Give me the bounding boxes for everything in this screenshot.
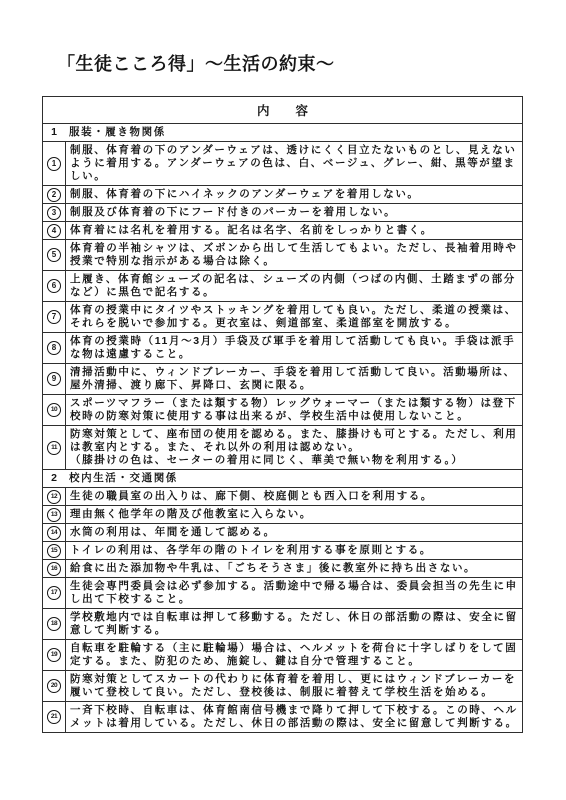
circled-number: 16 (47, 562, 61, 576)
item-number-cell: 14 (43, 524, 66, 541)
table-row: 4体育着には名札を着用する。記名は名字、名前をしっかりと書く。 (43, 222, 522, 240)
item-number-cell: 16 (43, 560, 66, 577)
item-text: 理由無く他学年の階及び他教室に入らない。 (66, 506, 522, 523)
table-header-label: 内容 (231, 101, 334, 119)
item-text: 防寒対策としてスカートの代わりに体育着を着用し、更にはウィンドブレーカーを履いて… (66, 671, 522, 701)
section-title: 服装・履き物関係 (65, 124, 522, 141)
item-number-cell: 18 (43, 609, 66, 639)
section-number: 1 (43, 124, 65, 141)
item-text: 清掃活動中に、ウィンドブレーカー、手袋を着用して活動して良い。活動場所は、屋外清… (66, 364, 522, 394)
table-row: 1制服、体育着の下のアンダーウェアは、透けにくく目立たないものとし、見えないよう… (43, 142, 522, 186)
circled-number: 15 (47, 544, 61, 558)
item-text: 防寒対策として、座布団の使用を認める。また、膝掛けも可とする。ただし、利用は教室… (66, 426, 522, 469)
circled-number: 19 (47, 648, 61, 662)
circled-number: 5 (47, 248, 61, 262)
item-number-cell: 5 (43, 240, 66, 270)
item-number-cell: 7 (43, 302, 66, 332)
section-title: 校内生活・交通関係 (65, 470, 522, 487)
table-row: 21一斉下校時、自転車は、体育館南信号機まで降りて押して下校する。この時、ヘルメ… (43, 702, 522, 732)
table-row: 1服装・履き物関係 (43, 124, 522, 142)
item-text: 制服、体育着の下のアンダーウェアは、透けにくく目立たないものとし、見えないように… (66, 142, 522, 185)
item-number-cell: 8 (43, 333, 66, 363)
item-text: 体育の授業中にタイツやストッキングを着用しても良い。ただし、柔道の授業は、それら… (66, 302, 522, 332)
table-row: 13理由無く他学年の階及び他教室に入らない。 (43, 506, 522, 524)
item-text: 学校敷地内では自転車は押して移動する。ただし、休日の部活動の際は、安全に留意して… (66, 609, 522, 639)
item-number-cell: 12 (43, 488, 66, 505)
item-text: 制服、体育着の下にハイネックのアンダーウェアを着用しない。 (66, 186, 522, 203)
circled-number: 6 (47, 279, 61, 293)
item-number-cell: 13 (43, 506, 66, 523)
item-text: 生徒会専門委員会は必ず参加する。活動途中で帰る場合は、委員会担当の先生に申し出て… (66, 578, 522, 608)
table-row: 20防寒対策としてスカートの代わりに体育着を着用し、更にはウィンドブレーカーを履… (43, 671, 522, 702)
table-header: 内容 (43, 97, 522, 124)
item-number-cell: 6 (43, 271, 66, 301)
item-number-cell: 1 (43, 142, 66, 185)
item-number-cell: 15 (43, 542, 66, 559)
circled-number: 21 (47, 710, 61, 724)
item-text: 体育着には名札を着用する。記名は名字、名前をしっかりと書く。 (66, 222, 522, 239)
table-row: 2制服、体育着の下にハイネックのアンダーウェアを着用しない。 (43, 186, 522, 204)
document-page: 「生徒こころ得」～生活の約束～ 内容 1服装・履き物関係1制服、体育着の下のアン… (0, 0, 566, 800)
table-row: 8体育の授業時（11月～3月）手袋及び軍手を着用して活動しても良い。手袋は派手な… (43, 333, 522, 364)
table-row: 5体育着の半袖シャツは、ズボンから出して生活してもよい。ただし、長袖着用時や授業… (43, 240, 522, 271)
table-row: 7体育の授業中にタイツやストッキングを着用しても良い。ただし、柔道の授業は、それ… (43, 302, 522, 333)
item-text: 水筒の利用は、年間を通して認める。 (66, 524, 522, 541)
table-row: 10スポーツマフラー（または類する物）レッグウォーマー（または類する物）は登下校… (43, 395, 522, 426)
circled-number: 14 (47, 526, 61, 540)
circled-number: 12 (47, 490, 61, 504)
item-text: 自転車を駐輪する（主に駐輪場）場合は、ヘルメットを荷台に十字しばりをして固定する… (66, 640, 522, 670)
item-text: 給食に出た添加物や牛乳は、「ごちそうさま」後に教室外に持ち出さない。 (66, 560, 522, 577)
circled-number: 8 (47, 341, 61, 355)
table-row: 15トイレの利用は、各学年の階のトイレを利用する事を原則とする。 (43, 542, 522, 560)
circled-number: 20 (47, 679, 61, 693)
item-number-cell: 17 (43, 578, 66, 608)
circled-number: 13 (47, 508, 61, 522)
table-row: 11防寒対策として、座布団の使用を認める。また、膝掛けも可とする。ただし、利用は… (43, 426, 522, 470)
circled-number: 9 (47, 372, 61, 386)
item-text: 体育の授業時（11月～3月）手袋及び軍手を着用して活動しても良い。手袋は派手な物… (66, 333, 522, 363)
item-text: 体育着の半袖シャツは、ズボンから出して生活してもよい。ただし、長袖着用時や授業で… (66, 240, 522, 270)
circled-number: 7 (47, 310, 61, 324)
circled-number: 18 (47, 617, 61, 631)
circled-number: 11 (47, 441, 61, 455)
table-row: 19自転車を駐輪する（主に駐輪場）場合は、ヘルメットを荷台に十字しばりをして固定… (43, 640, 522, 671)
item-text: 生徒の職員室の出入りは、廊下側、校庭側とも西入口を利用する。 (66, 488, 522, 505)
item-number-cell: 11 (43, 426, 66, 469)
table-rows: 1服装・履き物関係1制服、体育着の下のアンダーウェアは、透けにくく目立たないもの… (43, 124, 522, 732)
circled-number: 1 (47, 157, 61, 171)
item-text: トイレの利用は、各学年の階のトイレを利用する事を原則とする。 (66, 542, 522, 559)
item-number-cell: 4 (43, 222, 66, 239)
item-number-cell: 19 (43, 640, 66, 670)
table-row: 14水筒の利用は、年間を通して認める。 (43, 524, 522, 542)
item-number-cell: 10 (43, 395, 66, 425)
item-number-cell: 3 (43, 204, 66, 221)
item-number-cell: 21 (43, 702, 66, 732)
item-number-cell: 9 (43, 364, 66, 394)
rules-table: 内容 1服装・履き物関係1制服、体育着の下のアンダーウェアは、透けにくく目立たな… (42, 96, 523, 733)
table-row: 12生徒の職員室の出入りは、廊下側、校庭側とも西入口を利用する。 (43, 488, 522, 506)
table-row: 18学校敷地内では自転車は押して移動する。ただし、休日の部活動の際は、安全に留意… (43, 609, 522, 640)
table-row: 6上履き、体育館シューズの記名は、シューズの内側（つばの内側、土踏まずの部分など… (43, 271, 522, 302)
table-row: 2校内生活・交通関係 (43, 470, 522, 488)
circled-number: 17 (47, 586, 61, 600)
circled-number: 4 (47, 224, 61, 238)
circled-number: 3 (47, 206, 61, 220)
item-text: 上履き、体育館シューズの記名は、シューズの内側（つばの内側、土踏まずの部分など）… (66, 271, 522, 301)
table-row: 17生徒会専門委員会は必ず参加する。活動途中で帰る場合は、委員会担当の先生に申し… (43, 578, 522, 609)
item-number-cell: 20 (43, 671, 66, 701)
item-number-cell: 2 (43, 186, 66, 203)
table-row: 3制服及び体育着の下にフード付きのパーカーを着用しない。 (43, 204, 522, 222)
circled-number: 2 (47, 188, 61, 202)
item-text: 一斉下校時、自転車は、体育館南信号機まで降りて押して下校する。この時、ヘルメット… (66, 702, 522, 732)
item-text: 制服及び体育着の下にフード付きのパーカーを着用しない。 (66, 204, 522, 221)
table-row: 16給食に出た添加物や牛乳は、「ごちそうさま」後に教室外に持ち出さない。 (43, 560, 522, 578)
item-text: スポーツマフラー（または類する物）レッグウォーマー（または類する物）は登下校時の… (66, 395, 522, 425)
page-title: 「生徒こころ得」～生活の約束～ (57, 50, 335, 76)
circled-number: 10 (47, 403, 61, 417)
table-row: 9清掃活動中に、ウィンドブレーカー、手袋を着用して活動して良い。活動場所は、屋外… (43, 364, 522, 395)
section-number: 2 (43, 470, 65, 487)
